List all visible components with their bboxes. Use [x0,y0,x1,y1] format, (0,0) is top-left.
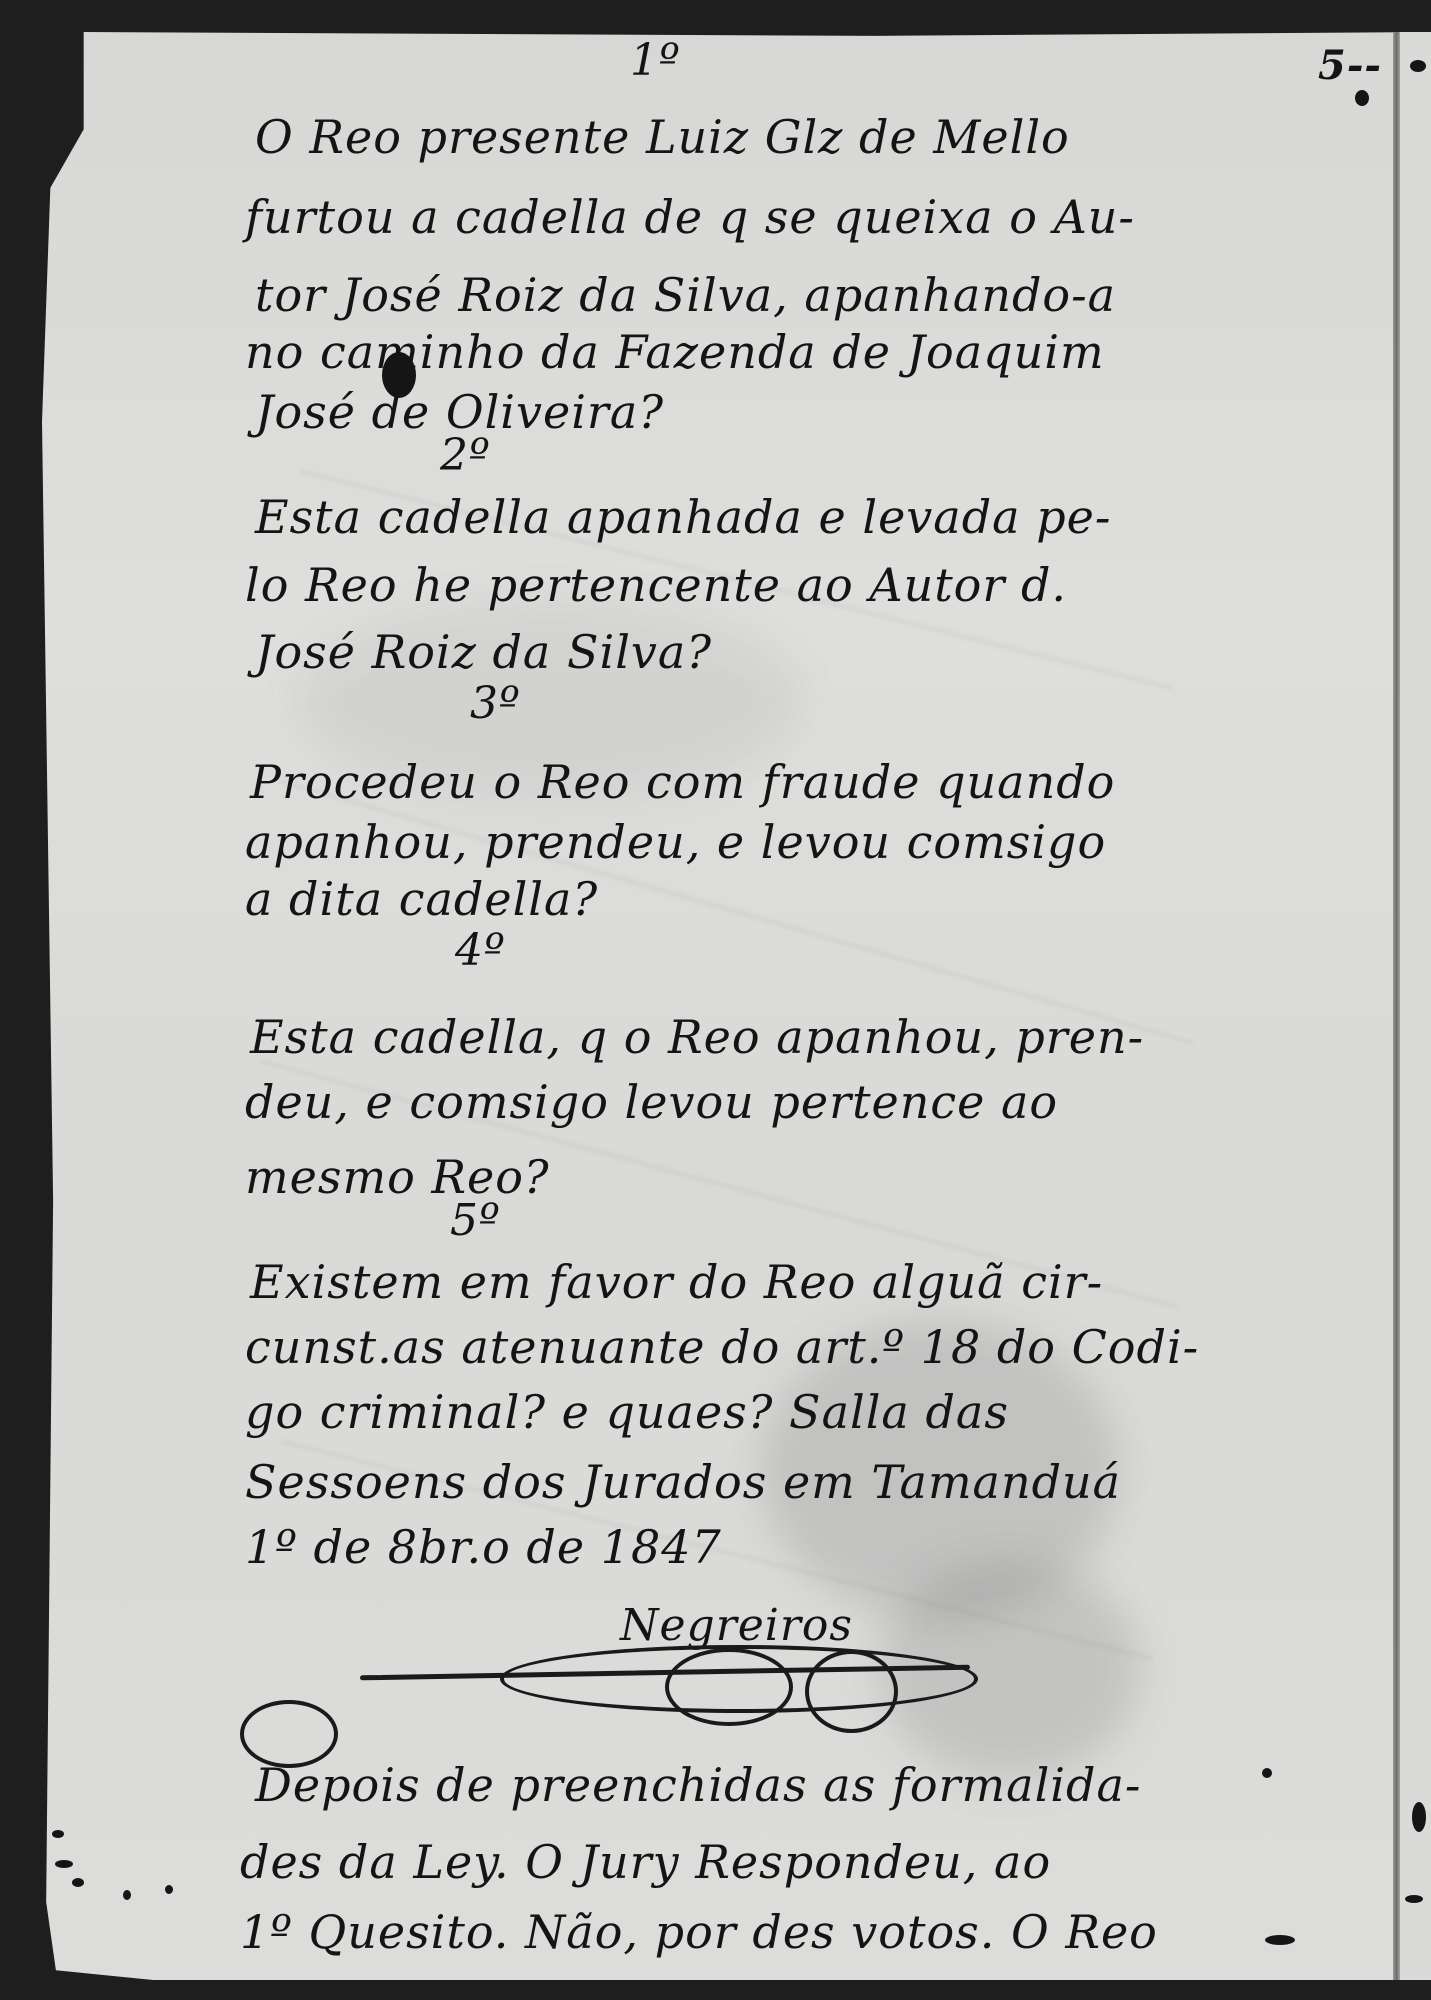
text-line: Esta cadella, q o Reo apanhou, pren- [250,1010,1144,1064]
ink-speck [1412,1802,1426,1832]
text-line: O Reo presente Luiz Glz de Mello [255,110,1070,164]
text-line: Existem em favor do Reo alguã cir- [250,1255,1103,1309]
text-line: Procedeu o Reo com fraude quando [250,755,1115,809]
text-line: deu, e comsigo levou pertence ao [245,1075,1058,1129]
text-line: tor José Roiz da Silva, apanhando-a [255,268,1116,322]
text-line: lo Reo he pertencente ao Autor d. [245,558,1067,612]
text-line: José Roiz da Silva? [255,625,712,679]
signature: Negreiros [620,1600,853,1651]
section-number: 3º [470,678,521,729]
ink-speck [72,1878,84,1887]
text-line: cunst.as atenuante do art.º 18 do Codi- [245,1320,1199,1374]
ink-speck [52,1830,64,1838]
section-number: 1º [630,35,681,86]
section-number: 5º [450,1195,501,1246]
text-line: Sessoens dos Jurados em Tamanduá [245,1455,1121,1509]
page-fold [1393,32,1400,1980]
text-line: Esta cadella apanhada e levada pe- [255,490,1111,544]
ink-speck [55,1860,73,1868]
ink-speck [123,1890,131,1900]
text-line: mesmo Reo? [245,1150,550,1204]
signature-flourish [805,1650,898,1733]
margin-note: 5-- [1318,42,1382,89]
ink-blot [382,352,416,398]
text-line: 1º Quesito. Não, por des votos. O Reo [240,1905,1158,1959]
ink-speck [1405,1895,1423,1903]
ink-speck [1262,1768,1272,1778]
adjacent-page-edge [1400,32,1431,1980]
text-line: apanhou, prendeu, e levou comsigo [245,815,1106,869]
section-number: 4º [455,925,506,976]
text-line: no caminho da Fazenda de Joaquim [245,325,1105,379]
ink-speck [165,1885,173,1894]
text-line: furtou a cadella de q se queixa o Au- [245,190,1135,244]
text-line: des da Ley. O Jury Respondeu, ao [240,1835,1051,1889]
signature-flourish [665,1648,793,1726]
text-line: go criminal? e quaes? Salla das [245,1385,1009,1439]
ink-speck [1355,90,1369,106]
ink-speck [1410,60,1426,72]
text-line: Depois de preenchidas as formalida- [255,1758,1141,1812]
ink-speck [1265,1935,1295,1945]
text-line: 1º de 8br.o de 1847 [245,1520,722,1574]
text-line: a dita cadella? [245,872,598,926]
section-number: 2º [440,430,491,481]
